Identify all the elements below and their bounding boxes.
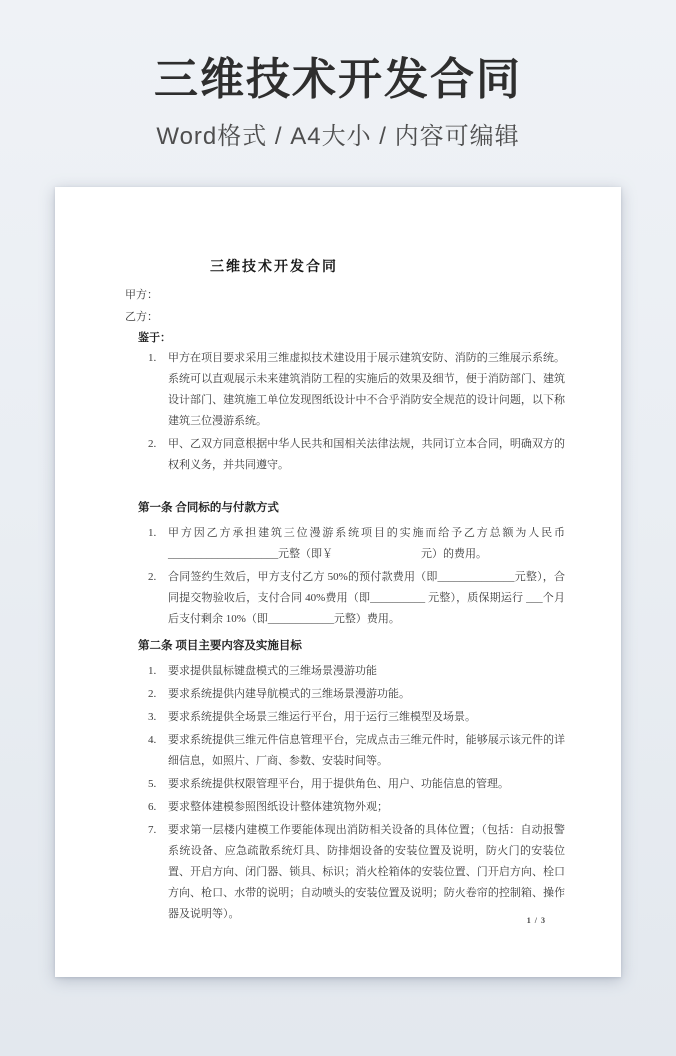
- clause-text: 甲方在项目要求采用三维虚拟技术建设用于展示建筑安防、消防的三维展示系统。系统可以…: [168, 348, 565, 432]
- clause-text: 合同签约生效后，甲方支付乙方 50%的预付款费用（即______________…: [168, 567, 565, 630]
- section-1-clause-1: 1. 甲方因乙方承担建筑三位漫游系统项目的实施而给予乙方总额为人民币______…: [125, 523, 565, 565]
- clause-text: 要求系统提供权限管理平台，用于提供角色、用户、功能信息的管理。: [168, 774, 565, 795]
- hero-header: 三维技术开发合同 Word格式 / A4大小 / 内容可编辑: [0, 0, 676, 151]
- page-indicator: 1 / 3: [527, 916, 546, 925]
- clause-number: 5.: [148, 774, 168, 795]
- section-1-clause-2: 2. 合同签约生效后，甲方支付乙方 50%的预付款费用（即___________…: [125, 567, 565, 630]
- section-2-clause-7: 7. 要求第一层楼内建模工作要能体现出消防相关设备的具体位置；（包括：自动报警系…: [125, 820, 565, 925]
- section-2-clause-2: 2. 要求系统提供内建导航模式的三维场景漫游功能。: [125, 684, 565, 705]
- clause-text: 要求提供鼠标键盘模式的三维场景漫游功能: [168, 661, 565, 682]
- section-2-clause-5: 5. 要求系统提供权限管理平台，用于提供角色、用户、功能信息的管理。: [125, 774, 565, 795]
- clause-number: 2.: [148, 567, 168, 630]
- clause-number: 6.: [148, 797, 168, 818]
- clause-text: 要求整体建模参照图纸设计整体建筑物外观；: [168, 797, 565, 818]
- party-a-line: 甲方：: [125, 284, 565, 306]
- document-content: 三维技术开发合同 甲方： 乙方： 鉴于： 1. 甲方在项目要求采用三维虚拟技术建…: [55, 187, 621, 925]
- clause-number: 1.: [148, 348, 168, 432]
- clause-text: 甲、乙双方同意根据中华人民共和国相关法律法规，共同订立本合同，明确双方的权利义务…: [168, 434, 565, 476]
- clause-number: 7.: [148, 820, 168, 925]
- document-page-preview: 三维技术开发合同 甲方： 乙方： 鉴于： 1. 甲方在项目要求采用三维虚拟技术建…: [55, 187, 621, 977]
- clause-number: 1.: [148, 661, 168, 682]
- section-1-heading: 第一条 合同标的与付款方式: [138, 498, 565, 519]
- clause-number: 2.: [148, 434, 168, 476]
- section-2-heading: 第二条 项目主要内容及实施目标: [138, 636, 565, 657]
- whereas-label: 鉴于：: [138, 328, 565, 348]
- clause-number: 1.: [148, 523, 168, 565]
- clause-text: 甲方因乙方承担建筑三位漫游系统项目的实施而给予乙方总额为人民币_________…: [168, 523, 565, 565]
- clause-text: 要求系统提供三维元件信息管理平台，完成点击三维元件时，能够展示该元件的详细信息，…: [168, 730, 565, 772]
- hero-title: 三维技术开发合同: [0, 56, 676, 104]
- section-2-clause-3: 3. 要求系统提供全场景三维运行平台，用于运行三维模型及场景。: [125, 707, 565, 728]
- clause-number: 2.: [148, 684, 168, 705]
- clause-number: 4.: [148, 730, 168, 772]
- section-2-clause-6: 6. 要求整体建模参照图纸设计整体建筑物外观；: [125, 797, 565, 818]
- document-title: 三维技术开发合同: [210, 257, 565, 278]
- clause-number: 3.: [148, 707, 168, 728]
- clause-text: 要求系统提供全场景三维运行平台，用于运行三维模型及场景。: [168, 707, 565, 728]
- clause-text: 要求第一层楼内建模工作要能体现出消防相关设备的具体位置；（包括：自动报警系统设备…: [168, 820, 565, 925]
- hero-subtitle: Word格式 / A4大小 / 内容可编辑: [0, 116, 676, 151]
- party-b-line: 乙方：: [125, 306, 565, 328]
- clause-text: 要求系统提供内建导航模式的三维场景漫游功能。: [168, 684, 565, 705]
- preamble-clause-2: 2. 甲、乙双方同意根据中华人民共和国相关法律法规，共同订立本合同，明确双方的权…: [125, 434, 565, 476]
- section-2-clause-1: 1. 要求提供鼠标键盘模式的三维场景漫游功能: [125, 661, 565, 682]
- section-2-clause-4: 4. 要求系统提供三维元件信息管理平台，完成点击三维元件时，能够展示该元件的详细…: [125, 730, 565, 772]
- preamble-clause-1: 1. 甲方在项目要求采用三维虚拟技术建设用于展示建筑安防、消防的三维展示系统。系…: [125, 348, 565, 432]
